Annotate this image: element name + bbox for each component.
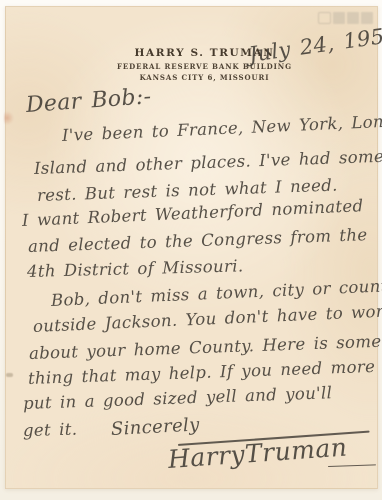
letter-line: Island and other places. I've had some xyxy=(34,147,382,178)
scanned-letter-photo: HARRY S. TRUMAN FEDERAL RESERVE BANK BUI… xyxy=(0,0,382,500)
letter-line: get it. xyxy=(23,420,78,440)
letter-line: I've been to France, New York, Long xyxy=(62,111,382,145)
signature: HarryTruman xyxy=(167,433,348,474)
letterhead-address-line2: KANSAS CITY 6, MISSOURI xyxy=(102,73,307,82)
salutation: Dear Bob:- xyxy=(25,84,152,118)
letter-line: put in a good sized yell and you'll xyxy=(23,383,333,413)
letter-paper: HARRY S. TRUMAN FEDERAL RESERVE BANK BUI… xyxy=(5,6,378,489)
signature-tail xyxy=(328,464,376,467)
closing: Sincerely xyxy=(110,414,200,440)
paper-mark xyxy=(6,373,13,377)
letter-line: and elected to the Congress from the xyxy=(28,225,368,256)
letter-line: 4th District of Missouri. xyxy=(27,256,244,281)
paper-stain xyxy=(4,111,14,125)
date: July 24, 1958 xyxy=(247,22,382,67)
watermark-icon xyxy=(318,9,376,26)
